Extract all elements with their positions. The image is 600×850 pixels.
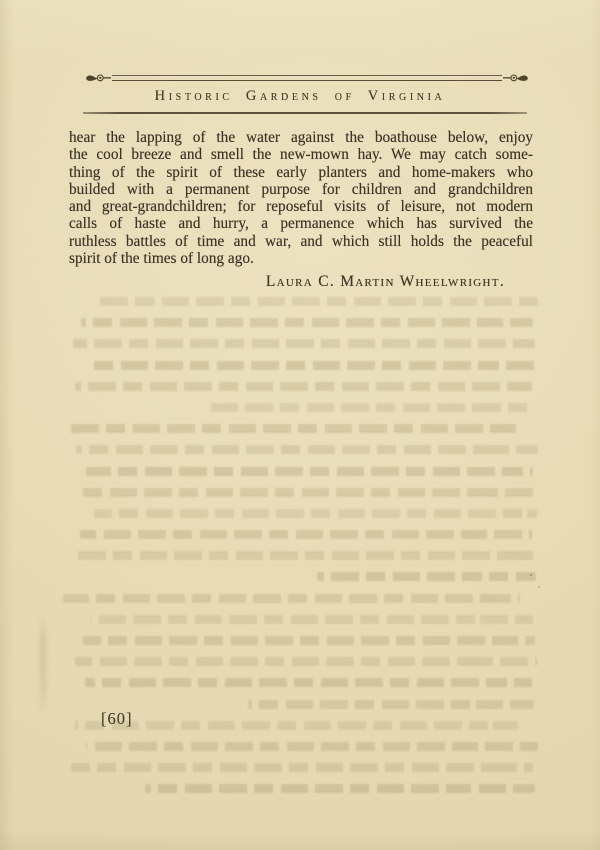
bleed-through-line [62, 467, 538, 484]
bleed-through-line [62, 700, 538, 717]
scan-vignette [0, 0, 600, 850]
paragraph-line: the cool breeze and smell the new-mown h… [69, 146, 533, 163]
paragraph-line: hear the lapping of the water against th… [69, 129, 533, 146]
bleed-through-line [62, 678, 538, 695]
bleed-through-line [62, 297, 538, 314]
author-signature: Laura C. Martin Wheelwright. [69, 273, 533, 291]
paragraph-line: and great-grandchildren; for reposeful v… [69, 198, 533, 215]
paragraph-line: spirit of the times of long ago. [69, 250, 533, 267]
paper-speck [530, 574, 532, 576]
bleed-through-line [62, 382, 538, 399]
body-paragraph: hear the lapping of the water against th… [69, 129, 533, 267]
bleed-through-line [62, 742, 538, 759]
paragraph-line: calls of haste and hurry, a permanence w… [69, 215, 533, 232]
bleed-through-line [62, 424, 538, 441]
bleed-through-text [62, 293, 538, 802]
bleed-through-line [62, 615, 538, 632]
double-rule [112, 75, 502, 81]
paper-speck [538, 586, 540, 588]
bleed-through-line [62, 403, 538, 420]
bleed-through-line [62, 318, 538, 335]
bleed-through-line [62, 551, 538, 568]
bleed-through-line [62, 488, 538, 505]
paragraph-line: thing of the spirit of these early plant… [69, 164, 533, 181]
bleed-through-line [62, 594, 538, 611]
running-title: Historic Gardens of Virginia [0, 88, 600, 105]
header-ornament-rule [85, 73, 529, 83]
scroll-flourish-icon [85, 73, 111, 83]
bleed-through-line [62, 445, 538, 462]
bleed-through-line [62, 657, 538, 674]
scroll-flourish-icon [503, 73, 529, 83]
bleed-through-line [62, 763, 538, 780]
book-page: Historic Gardens of Virginia hear the la… [0, 0, 600, 850]
bleed-through-line [62, 721, 538, 738]
bleed-through-line [62, 784, 538, 801]
bleed-through-line [62, 572, 538, 589]
bleed-through-line [62, 361, 538, 378]
bleed-through-line [62, 636, 538, 653]
paragraph-line: builded with a permanent purpose for chi… [69, 181, 533, 198]
bleed-through-line [62, 339, 538, 356]
bleed-through-line [62, 509, 538, 526]
title-rule [83, 112, 527, 114]
gutter-shadow [40, 612, 46, 716]
paragraph-line: ruthless battles of time and war, and wh… [69, 233, 533, 250]
page-number: [60] [101, 709, 133, 729]
bleed-through-line [62, 530, 538, 547]
